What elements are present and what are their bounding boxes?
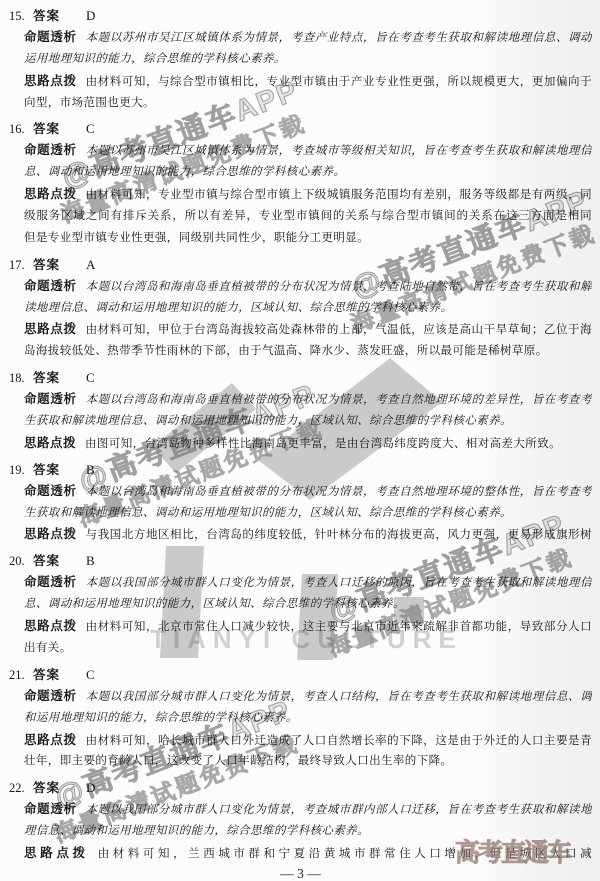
answer-line: 22.答案D (9, 777, 592, 799)
item-number: 21. (9, 665, 33, 687)
analysis-text: 本题以苏州市吴江区城镇体系为情景，考查城市等级相关知识，旨在考查考生获取和解读地… (86, 145, 592, 157)
analysis-label: 命题透析 (24, 30, 77, 44)
answer-letter: D (86, 780, 95, 795)
analysis-text: 理信息、调动和运用地理知识的能力，综合思维的学科核心素养。 (9, 821, 592, 843)
answer-item-22: 22.答案D 命题透析本题以我国部分城市群人口变化为情景，考查城市群内部人口迁移… (9, 777, 592, 865)
analysis-text: 生获取和解读地理信息、调动和运用地理知识的能力，区域认知、综合思维的学科核心素养… (9, 503, 592, 525)
analysis-text: 本题以我国部分城市群人口变化为情景，考查人口结构，旨在考查考生获取和解读地理信息… (24, 691, 592, 708)
answer-label: 答案 (33, 122, 60, 136)
analysis-text: 本题以台湾岛和海南岛垂直植被带的分布状况为情景，考查陆地自然带，旨在考查考生获取… (86, 281, 592, 293)
analysis-paragraph: 命题透析本题以台湾岛和海南岛垂直植被带的分布状况为情景，考查陆地自然带，旨在考查… (9, 276, 592, 320)
item-number: 20. (9, 551, 33, 573)
tips-text: 由材料可知，与综合型市镇相比，专业型市镇由于产业专业性更强，所以规模更大，更加偏… (24, 76, 592, 93)
tips-text: 向型，市场范围也更大。 (9, 93, 592, 115)
item-number: 16. (9, 119, 33, 141)
tips-text: 与我国北方地区相比，台湾岛的纬度较低，针叶林分布的海拔更高，风力更强，更易形成旗… (24, 529, 592, 546)
answers-content: 15.答案D 命题透析本题以苏州市吴江区城镇体系为情景，考查产业特点，旨在考查考… (9, 5, 592, 881)
analysis-text: 本题以苏州市吴江区城镇体系为情景，考查产业特点，旨在考查考生获取和解读地理信息、… (24, 32, 592, 49)
answer-line: 17.答案A (9, 254, 592, 276)
answer-letter: B (86, 462, 95, 477)
analysis-label: 命题透析 (24, 392, 77, 406)
tips-paragraph: 思路点拨与我国北方地区相比，台湾岛的纬度较低，针叶林分布的海拔更高，风力更强，更… (9, 524, 592, 546)
answer-item-18: 18.答案C 命题透析本题以台湾岛和海南岛垂直植被带的分布状况为情景，考查自然地… (9, 367, 592, 455)
analysis-text: 读地理信息、调动和运用地理知识的能力，区域认知、综合思维的学科核心素养。 (9, 298, 592, 320)
tips-text: 由材料可知，北京市常住人口减少较快，这主要与北京市近年来疏解非首都功能，导致部分… (24, 621, 592, 638)
answer-letter: C (86, 370, 95, 385)
tips-paragraph: 思路点拨由图可知，台湾岛物种多样性比海南岛更丰富，是由台湾岛纬度跨度大、相对高差… (9, 433, 592, 455)
answer-label: 答案 (33, 9, 60, 23)
analysis-label: 命题透析 (24, 575, 77, 589)
tips-label: 思路点拨 (24, 846, 89, 860)
analysis-text: 本题以我国部分城市群人口变化为情景，考查人口迁移的原因，旨在考查考生获取和解读地… (86, 577, 592, 589)
tips-paragraph: 思路点拨由材料可知，北京市常住人口减少较快，这主要与北京市近年来疏解非首都功能，… (9, 616, 592, 660)
answer-label: 答案 (33, 781, 60, 795)
answer-item-19: 19.答案B 命题透析本题以台湾岛和海南岛垂直植被带的分布状况为情景，考查自然地… (9, 459, 592, 547)
tips-text: 壮年，即主要的育龄人口，这改变了人口年龄结构，最终导致人口出生率的下降。 (9, 751, 592, 773)
analysis-paragraph: 命题透析本题以我国部分城市群人口变化为情景，考查人口迁移的原因，旨在考查考生获取… (9, 572, 592, 616)
tips-paragraph: 思路点拨由材料可知，专业型市镇与综合型市镇上下级城镇服务范围均有差别，服务等级都… (9, 184, 592, 250)
answer-line: 19.答案B (9, 459, 592, 481)
answer-letter: A (86, 257, 95, 272)
analysis-label: 命题透析 (24, 484, 77, 498)
analysis-text: 息、调动和运用地理知识的能力，综合思维的学科核心素养。 (9, 162, 592, 184)
tips-label: 思路点拨 (24, 322, 77, 336)
tips-paragraph: 思路点拨由材料可知，兰西城市群和宁夏沿黄城市群常住人口增加，但是城区人口减措施 (9, 843, 592, 865)
answer-label: 答案 (33, 371, 60, 385)
analysis-label: 命题透析 (24, 802, 77, 816)
tips-paragraph: 思路点拨由材料可知，哈长城市群人口外迁造成了人口自然增长率的下降，这是由于外迁的… (9, 730, 592, 774)
tips-label: 思路点拨 (24, 733, 77, 747)
answer-line: 21.答案C (9, 664, 592, 686)
tips-label: 思路点拨 (24, 74, 77, 88)
tips-text: 由材料可知，甲位于台湾岛海拔较高处森林带的上部，气温低，应该是高山干旱草甸；乙位… (24, 324, 592, 341)
analysis-paragraph: 命题透析本题以我国部分城市群人口变化为情景，考查人口结构，旨在考查考生获取和解读… (9, 686, 592, 730)
answer-item-15: 15.答案D 命题透析本题以苏州市吴江区城镇体系为情景，考查产业特点，旨在考查考… (9, 5, 592, 114)
tips-paragraph: 思路点拨由材料可知，甲位于台湾岛海拔较高处森林带的上部，气温低，应该是高山干旱草… (9, 319, 592, 363)
answer-item-21: 21.答案C 命题透析本题以我国部分城市群人口变化为情景，考查人口结构，旨在考查… (9, 664, 592, 773)
answer-line: 16.答案C (9, 118, 592, 140)
analysis-text: 本题以台湾岛和海南岛垂直植被带的分布状况为情景，考查自然地理环境的差异性，旨在考… (86, 394, 592, 406)
analysis-label: 命题透析 (24, 143, 77, 157)
page-number: — 3 — (9, 866, 592, 881)
tips-text: 由图可知，台湾岛物种多样性比海南岛更丰富，是由台湾岛纬度跨度大、相对高差大所致。 (85, 438, 561, 450)
answer-item-17: 17.答案A 命题透析本题以台湾岛和海南岛垂直植被带的分布状况为情景，考查陆地自… (9, 254, 592, 363)
analysis-text: 生获取和解读地理信息、调动和运用地理知识的能力，区域认知、综合思维的学科核心素养… (9, 411, 592, 433)
answer-key-page: TIANYI CULTURE @高考直通车APP 海量高清试题免费下载 @高考直… (0, 0, 600, 881)
analysis-text: 和运用地理知识的能力，综合思维的学科核心素养。 (9, 708, 592, 730)
tips-text: 由材料可知，兰西城市群和宁夏沿黄城市群常住人口增加，但是城区人口减 (98, 848, 592, 860)
answer-label: 答案 (33, 258, 60, 272)
tips-label: 思路点拨 (24, 619, 77, 633)
analysis-paragraph: 命题透析本题以苏州市吴江区城镇体系为情景，考查城市等级相关知识，旨在考查考生获取… (9, 140, 592, 184)
answer-letter: B (86, 553, 95, 568)
analysis-text: 本题以台湾岛和海南岛垂直植被带的分布状况为情景，考查自然地理环境的整体性，旨在考… (86, 486, 592, 498)
answer-line: 15.答案D (9, 5, 592, 27)
analysis-text: 运用地理知识的能力，综合思维的学科核心素养。 (9, 49, 592, 71)
tips-label: 思路点拨 (24, 187, 77, 201)
tips-text: 但是专业型市镇专业性更强，同级别共同性少，职能分工更明显。 (9, 228, 592, 250)
tips-text: 由材料可知，哈长城市群人口外迁造成了人口自然增长率的下降，这是由于外迁的人口主要… (86, 735, 592, 747)
analysis-label: 命题透析 (24, 279, 77, 293)
item-number: 18. (9, 368, 33, 390)
answer-label: 答案 (33, 463, 60, 477)
item-number: 15. (9, 6, 33, 28)
answer-item-16: 16.答案C 命题透析本题以苏州市吴江区城镇体系为情景，考查城市等级相关知识，旨… (9, 118, 592, 249)
analysis-paragraph: 命题透析本题以台湾岛和海南岛垂直植被带的分布状况为情景，考查自然地理环境的整体性… (9, 481, 592, 525)
tips-paragraph: 思路点拨由材料可知，与综合型市镇相比，专业型市镇由于产业专业性更强，所以规模更大… (9, 71, 592, 115)
tips-label: 思路点拨 (24, 527, 77, 541)
analysis-paragraph: 命题透析本题以我国部分城市群人口变化为情景，考查城市群内部人口迁移，旨在考查考生… (9, 799, 592, 843)
analysis-label: 命题透析 (24, 689, 77, 703)
tips-text: 出有关。 (9, 638, 592, 660)
answer-line: 20.答案B (9, 550, 592, 572)
tips-label: 思路点拨 (24, 436, 76, 450)
tips-text: 由材料可知，专业型市镇与综合型市镇上下级城镇服务范围均有差别，服务等级都是有两级… (24, 189, 592, 206)
analysis-text: 息、调动和运用地理知识的能力，区域认知、综合思维的学科核心素养。 (9, 594, 592, 616)
answer-label: 答案 (33, 668, 60, 682)
item-number: 17. (9, 255, 33, 277)
tips-text: 岛海拔较低处、热带季节性雨林的下部，由于气温高、降水少、蒸发旺盛，所以最可能是稀… (9, 341, 592, 363)
item-number: 19. (9, 460, 33, 482)
answer-line: 18.答案C (9, 367, 592, 389)
answer-letter: D (86, 8, 95, 23)
analysis-paragraph: 命题透析本题以台湾岛和海南岛垂直植被带的分布状况为情景，考查自然地理环境的差异性… (9, 389, 592, 433)
tips-text: 级服务区域之间有排斥关系，所以有差异，专业型市镇间的关系与综合型市镇间的关系在这… (9, 206, 592, 228)
answer-letter: C (86, 121, 95, 136)
item-number: 22. (9, 778, 33, 800)
answer-label: 答案 (33, 554, 60, 568)
answer-letter: C (86, 667, 95, 682)
answer-item-20: 20.答案B 命题透析本题以我国部分城市群人口变化为情景，考查人口迁移的原因，旨… (9, 550, 592, 659)
analysis-text: 本题以我国部分城市群人口变化为情景，考查城市群内部人口迁移，旨在考查考生获取和解… (86, 804, 592, 816)
analysis-paragraph: 命题透析本题以苏州市吴江区城镇体系为情景，考查产业特点，旨在考查考生获取和解读地… (9, 27, 592, 71)
